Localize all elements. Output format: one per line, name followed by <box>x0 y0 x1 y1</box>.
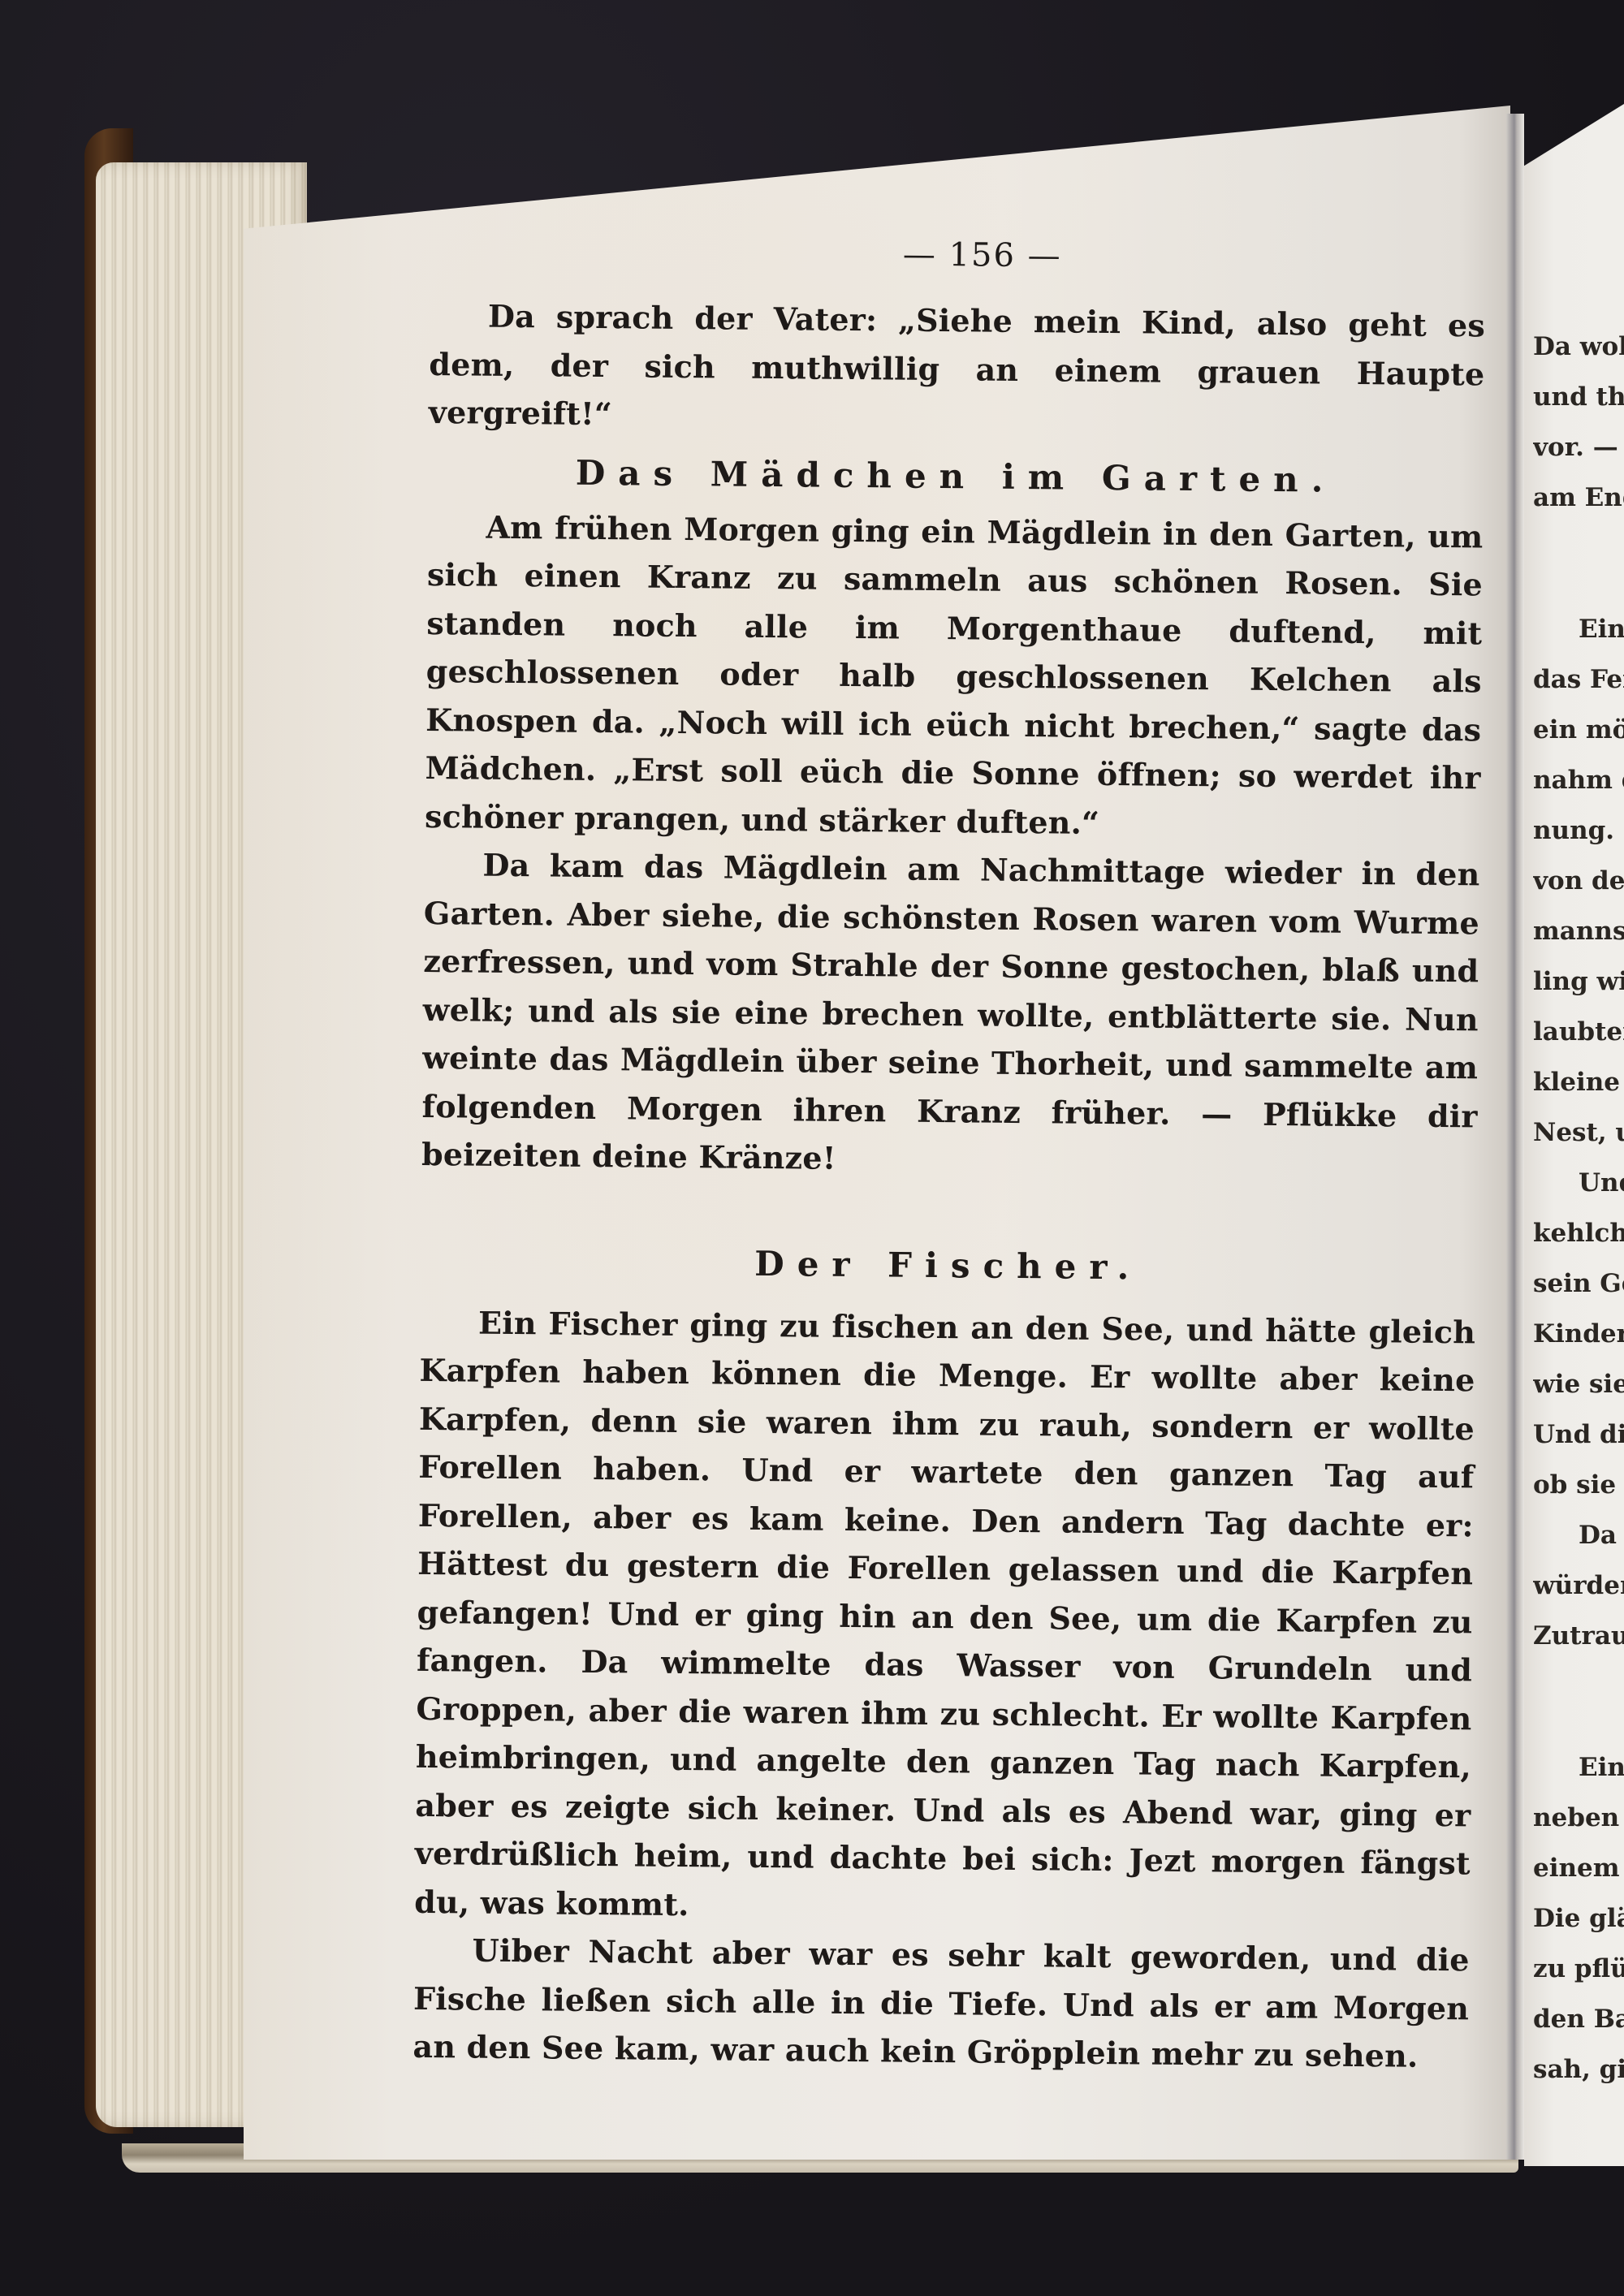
text-line: Zutrau <box>1533 1611 1624 1661</box>
text-line: ein möd <box>1533 705 1624 755</box>
left-page-text: — 156 — Da sprach der Vater: „Siehe mein… <box>412 231 1486 2081</box>
text-line: neben <box>1533 1793 1624 1843</box>
section-heading: Der Fischer. <box>421 1240 1476 1289</box>
book-gutter <box>1506 114 1524 2160</box>
text-line: Ein <box>1533 1742 1624 1793</box>
text-line: das Fen <box>1533 654 1624 705</box>
text-line: Und <box>1533 1158 1624 1208</box>
text-line: einem K <box>1533 1843 1624 1893</box>
text-line: kleine G <box>1533 1057 1624 1107</box>
text-line: sein Ge <box>1533 1258 1624 1309</box>
paragraph: Ein Fischer ging zu fischen an den See, … <box>414 1297 1475 1936</box>
text-line: den Ba <box>1533 1994 1624 2044</box>
text-line: wie sie <box>1533 1359 1624 1409</box>
text-line: Die glä <box>1533 1893 1624 1944</box>
paragraph: Da kam das Mägdlein am Nachmittage wiede… <box>421 840 1480 1189</box>
text-line: Und die <box>1533 1409 1624 1460</box>
text-line: ling wi <box>1533 956 1624 1007</box>
text-line: Nest, u <box>1533 1107 1624 1158</box>
text-line: nung. <box>1533 805 1624 856</box>
text-line: von den <box>1533 856 1624 906</box>
text-line: würden <box>1533 1560 1624 1611</box>
text-line: Da wol <box>1533 322 1624 372</box>
text-line: und tha <box>1533 372 1624 422</box>
text-line: vor. — <box>1533 422 1624 473</box>
text-line: zu pflü <box>1533 1944 1624 1994</box>
right-page-text-fragment: Da wol und tha vor. — am End Ein das Fen… <box>1533 322 1624 2095</box>
paragraph: Da sprach der Vater: „Siehe mein Kind, a… <box>429 291 1486 447</box>
text-line: Kindern <box>1533 1309 1624 1359</box>
text-line: laubten; <box>1533 1007 1624 1057</box>
spacer <box>1533 1661 1624 1742</box>
text-line: ob sie e <box>1533 1460 1624 1510</box>
spacer <box>1533 523 1624 604</box>
text-line: am End <box>1533 473 1624 523</box>
text-line: Da <box>1533 1510 1624 1560</box>
text-line: nahm d <box>1533 755 1624 805</box>
text-line: Ein <box>1533 604 1624 654</box>
section-heading: Das Mädchen im Garten. <box>428 451 1484 500</box>
paragraph: Uiber Nacht aber war es sehr kalt geword… <box>412 1926 1470 2081</box>
text-line: kehlchen <box>1533 1208 1624 1258</box>
text-line: manns <box>1533 906 1624 956</box>
paragraph: Am frühen Morgen ging ein Mägdlein in de… <box>425 502 1484 850</box>
text-line: sah, gi <box>1533 2044 1624 2095</box>
